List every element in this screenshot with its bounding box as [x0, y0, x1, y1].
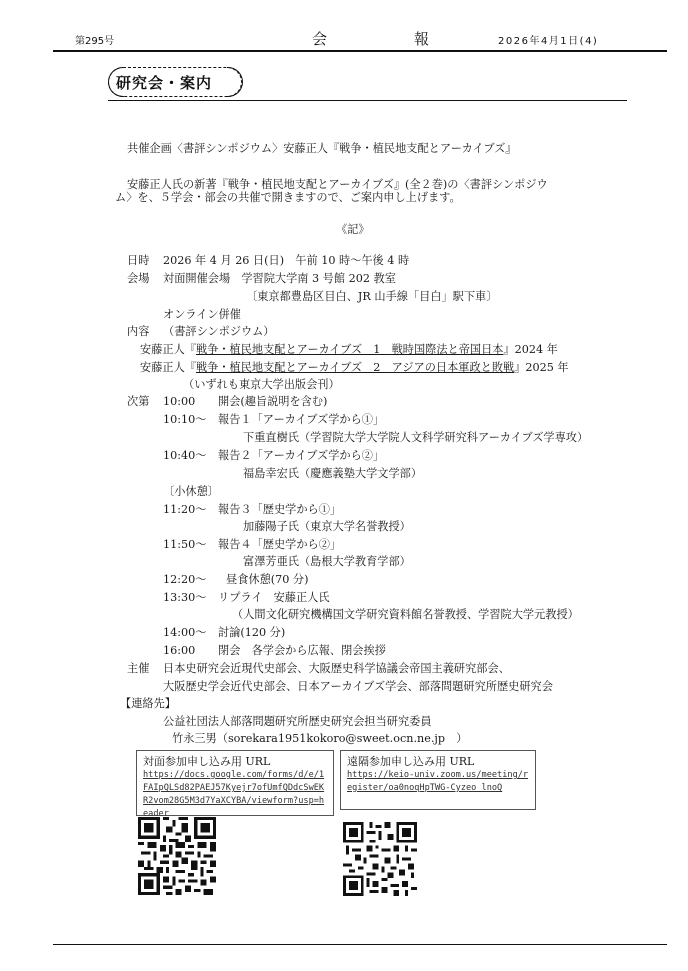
program-desc-3: 〔小休憩〕	[163, 484, 219, 500]
program-time-9: 16:00	[163, 643, 195, 659]
datetime-label: 日時	[127, 253, 149, 269]
qr-code-in-person-icon[interactable]	[138, 817, 216, 895]
program-label: 次第	[127, 394, 149, 410]
program-time-4: 11:20〜	[163, 502, 206, 518]
program-desc-1: 報告１「アーカイブズ学から①」	[218, 412, 384, 428]
header-rule	[53, 50, 667, 52]
event-heading: 共催企画〈書評シンポジウム〉安藤正人『戦争・植民地支配とアーカイブズ』	[127, 141, 517, 157]
in-person-registration-box: 対面参加申し込み用 URL https://docs.google.com/fo…	[136, 750, 334, 816]
program-desc-9: 閉会 各学会から広報、閉会挨拶	[218, 643, 386, 659]
program-time-0: 10:00	[163, 394, 195, 410]
book-2-title: 戦争・植民地支配とアーカイブズ 2 アジアの日本軍政と敗戦	[196, 361, 514, 374]
program-time-2: 10:40〜	[163, 448, 206, 464]
program-sub-4: 加藤陽子氏（東京大学名誉教授）	[243, 519, 411, 535]
program-sub-5: 富澤芳亜氏（島根大学教育学部）	[243, 554, 411, 570]
section-title: 研究会・案内	[116, 72, 212, 93]
book-1: 安藤正人『戦争・植民地支配とアーカイブズ 1 戦時国際法と帝国日本』2024 年	[140, 342, 558, 358]
program-time-5: 11:50〜	[163, 537, 206, 553]
venue-online: オンライン併催	[163, 307, 241, 323]
program-desc-6: 昼食休憩(70 分)	[226, 572, 308, 588]
intro-line-2: ム〉を、５学会・部会の共催で開きますので、ご案内申し上げます。	[115, 190, 461, 206]
book-2: 安藤正人『戦争・植民地支配とアーカイブズ 2 アジアの日本軍政と敗戦』2025 …	[140, 360, 569, 376]
in-person-registration-label: 対面参加申し込み用 URL	[143, 754, 327, 769]
masthead-left: 会	[312, 28, 327, 49]
issue-number: 第295号	[75, 32, 114, 47]
program-desc-4: 報告３「歴史学から①」	[218, 502, 341, 518]
remote-registration-label: 遠隔参加申し込み用 URL	[347, 754, 529, 769]
content-label: 内容	[127, 324, 149, 340]
book-1-title: 戦争・植民地支配とアーカイブズ 1 戦時国際法と帝国日本	[196, 343, 504, 356]
program-sub-7: （人間文化研究機構国文学研究資料館名誉教授、学習院大学元教授）	[232, 607, 579, 623]
program-time-8: 14:00〜	[163, 625, 206, 641]
organizers-line-1: 日本史研究会近現代史部会、大阪歴史科学協議会帝国主義研究部会、	[163, 661, 510, 677]
program-desc-2: 報告２「アーカイブズ学から②」	[218, 448, 384, 464]
remote-registration-link[interactable]: https://keio-univ.zoom.us/meeting/regist…	[347, 769, 529, 795]
program-sub-2: 福島幸宏氏（慶應義塾大学文学部）	[243, 466, 422, 482]
organizers-label: 主催	[127, 661, 149, 677]
contact-person: 竹永三男（sorekara1951kokoro@sweet.ocn.ne.jp …	[172, 731, 467, 747]
remote-registration-box: 遠隔参加申し込み用 URL https://keio-univ.zoom.us/…	[340, 750, 536, 810]
section-rule	[108, 100, 627, 101]
venue-value: 対面開催会場 学習院大学南 3 号館 202 教室	[163, 271, 396, 287]
program-desc-8: 討論(120 分)	[218, 625, 285, 641]
contact-org: 公益社団法人部落問題研究所歴史研究会担当研究委員	[163, 714, 432, 730]
program-sub-1: 下重直樹氏（学習院大学大学院人文科学研究科アーカイブズ学専攻）	[243, 430, 588, 446]
program-desc-5: 報告４「歴史学から②」	[218, 537, 341, 553]
publisher-note: （いずれも東京大学出版会刊）	[183, 377, 340, 393]
program-time-7: 13:30〜	[163, 590, 206, 606]
book-1-author: 安藤正人『	[140, 343, 196, 356]
program-time-6: 12:20〜	[163, 572, 206, 588]
datetime-value: 2026 年 4 月 26 日(日) 午前 10 時〜午後 4 時	[163, 253, 409, 269]
venue-access: 〔東京都豊島区目白、JR 山手線「目白」駅下車〕	[246, 289, 497, 305]
program-desc-7: リプライ 安藤正人氏	[218, 590, 330, 606]
qr-code-remote-icon[interactable]	[343, 822, 417, 896]
book-1-year: 』2024 年	[503, 343, 557, 356]
program-desc-0: 開会(趣旨説明を含む)	[218, 394, 327, 410]
book-2-author: 安藤正人『	[140, 361, 196, 374]
venue-label: 会場	[127, 271, 149, 287]
issue-date-page: 2026年4月1日(4)	[498, 32, 598, 47]
program-time-1: 10:10〜	[163, 412, 206, 428]
in-person-registration-link[interactable]: https://docs.google.com/forms/d/e/1FAIpQ…	[143, 769, 327, 821]
book-2-year: 』2025 年	[514, 361, 568, 374]
organizers-line-2: 大阪歴史学会近代史部会、日本アーカイブズ学会、部落問題研究所歴史研究会	[163, 679, 553, 695]
masthead-right: 報	[414, 28, 429, 49]
contact-label: 【連絡先】	[120, 696, 176, 712]
ki-marker: 《記》	[336, 222, 370, 238]
content-value: （書評シンポジウム）	[163, 324, 274, 340]
footer-rule	[53, 944, 667, 945]
